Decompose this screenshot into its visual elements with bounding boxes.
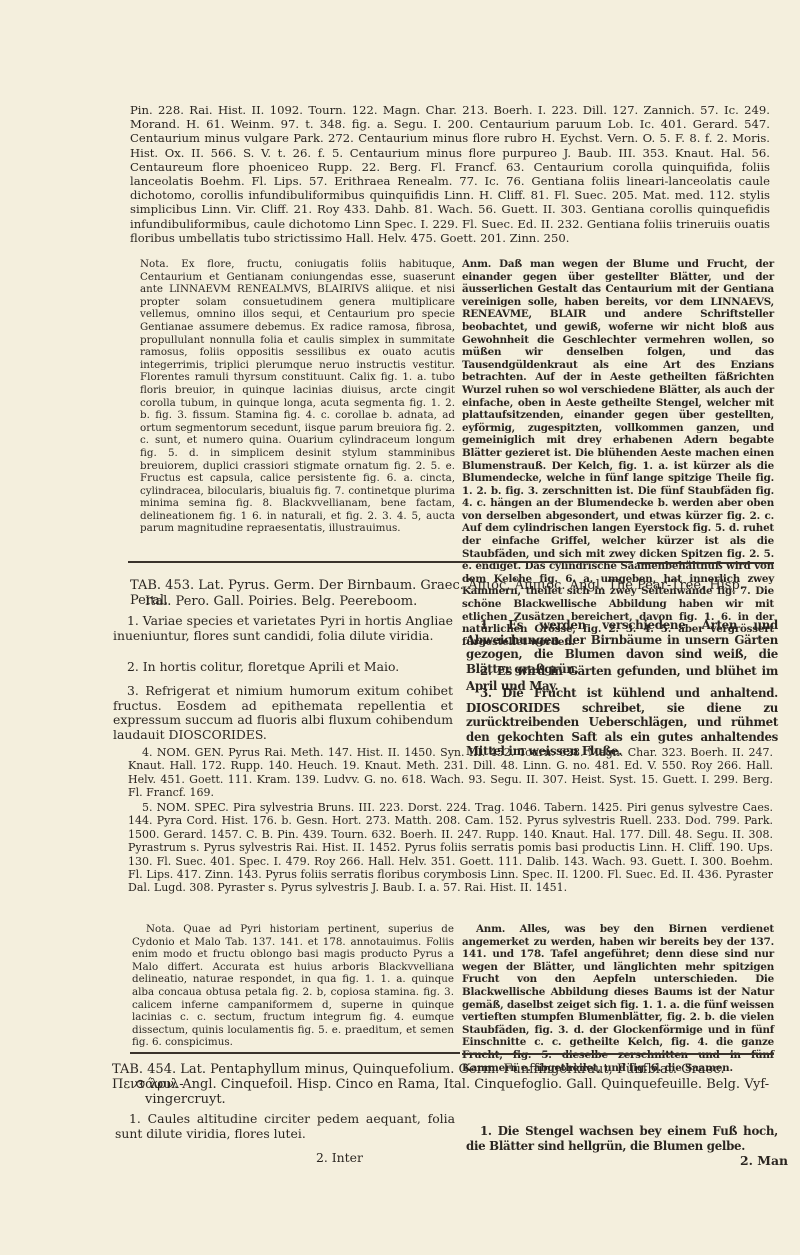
tab453-anm-german: Anm. Alles, was bey den Birnen verdienet… [462, 923, 774, 1074]
tab454-heading-line3: vingercruyt. [145, 1092, 795, 1107]
tab454-heading-line2: ⊙ λον. Angl. Cinquefoil. Hisp. Cinco en … [135, 1077, 785, 1092]
tab454-p1-german: 1. Die Stengel wachsen bey einem Fuß hoc… [466, 1124, 778, 1153]
section-divider-right-2 [462, 1053, 774, 1055]
tab453-nom-gen: 4. NOM. GEN. Pyrus Rai. Meth. 147. Hist.… [128, 746, 773, 800]
section-divider-left [128, 561, 633, 563]
nota-centaurium-latin: Nota. Ex flore, fructu, coniugatis folii… [140, 258, 455, 535]
tab453-p1-latin: 1. Variae species et varietates Pyri in … [113, 614, 453, 643]
section-divider-left-2 [130, 1052, 460, 1054]
tab453-p2-latin: 2. In hortis colitur, floretque Aprili e… [113, 660, 453, 675]
tab453-nom-spec: 5. NOM. SPEC. Pira sylvestria Bruns. III… [128, 801, 773, 895]
catchword-latin: 2. Inter [316, 1150, 363, 1165]
tab453-nota-latin: Nota. Quae ad Pyri historiam pertinent, … [132, 923, 454, 1049]
section-divider-right [637, 562, 774, 564]
tab453-p3-latin: 3. Refrigerat et nimium humorum exitum c… [113, 684, 453, 742]
tab454-p1-latin: 1. Caules altitudine circiter pedem aequ… [115, 1112, 455, 1141]
synonyms-centaurium: Pin. 228. Rai. Hist. II. 1092. Tourn. 12… [130, 103, 770, 245]
catchword-german: 2. Man [740, 1153, 788, 1168]
book-page: Pin. 228. Rai. Hist. II. 1092. Tourn. 12… [0, 0, 800, 1255]
tab453-heading-line2: Ital. Pero. Gall. Poiries. Belg. Peerebo… [145, 594, 795, 609]
